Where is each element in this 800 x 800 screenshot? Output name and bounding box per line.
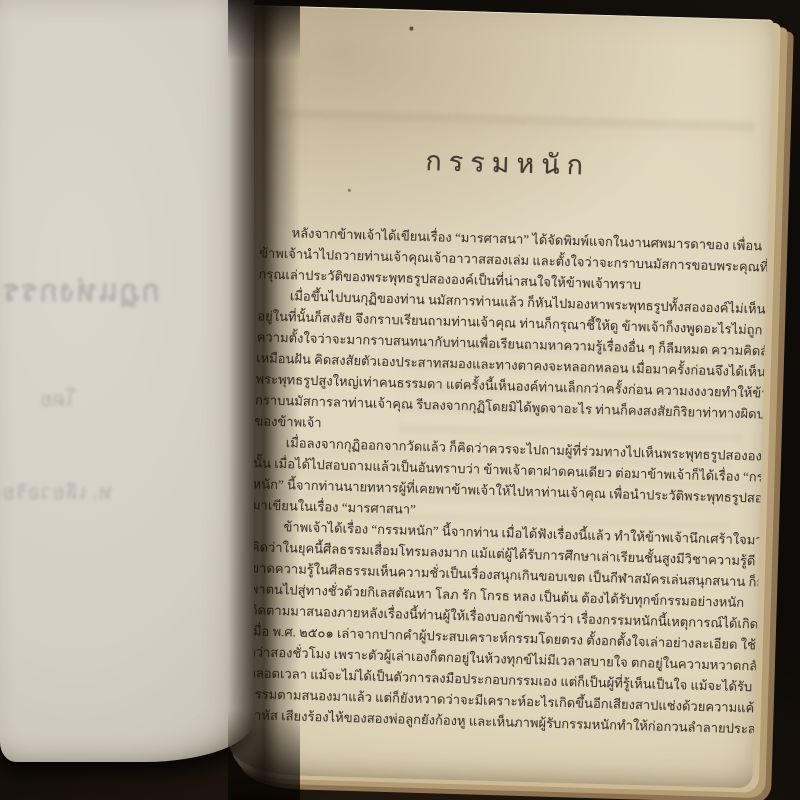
paper-speck: [348, 189, 351, 192]
right-page: กรรมหนัก หลังจากข้าพเจ้าได้เขียนเรื่อง “…: [229, 5, 774, 788]
show-through-title: กฎแห่งกรรม: [2, 268, 160, 315]
book-photo: กรรมหนัก หลังจากข้าพเจ้าได้เขียนเรื่อง “…: [0, 0, 800, 800]
paper-speck: [409, 26, 413, 30]
show-through-byline: โดย: [16, 383, 76, 415]
left-page: กฎแห่งกรรม โดย ท. เลียวอริยะ: [0, 0, 254, 762]
body-text: หลังจากข้าพเจ้าได้เขียนเรื่อง “มารศาสนา”…: [230, 221, 768, 739]
show-through-author: ท. เลียวอริยะ: [0, 476, 112, 508]
chapter-title: กรรมหนัก: [245, 134, 770, 192]
